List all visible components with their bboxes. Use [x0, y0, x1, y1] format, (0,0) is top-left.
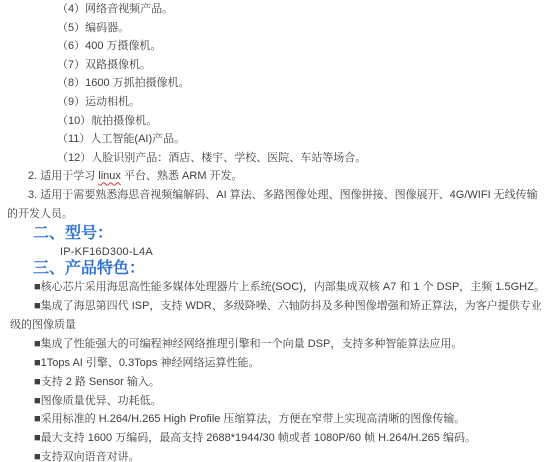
feature-item: ■集成了性能强大的可编程神经网络推理引擎和一个向量 DSP，支持多种智能算法应用… — [10, 335, 547, 354]
list-item: （5）编码器。 — [57, 19, 547, 38]
feature-item: ■支持双向语音对讲。 — [10, 448, 547, 462]
feature-list: ■核心芯片采用海思高性能多媒体处理器片上系统(SOC)，内部集成双核 A7 和 … — [0, 278, 547, 462]
list-item: （6）400 万摄像机。 — [57, 37, 547, 56]
feature-item: ■支持 2 路 Sensor 输入。 — [10, 373, 547, 392]
feature-item: ■采用标准的 H.264/H.265 High Profile 压缩算法，方便在… — [10, 410, 547, 429]
feature-item: ■图像质量优异、功耗低。 — [10, 392, 547, 411]
section-heading-model: 二、型号： — [33, 223, 547, 245]
note-prefix: 2. 适用于学习 — [28, 170, 98, 182]
model-number: IP-KF16D300-L4A — [60, 245, 547, 260]
note-suffix: 平台、熟悉 ARM 开发。 — [121, 170, 243, 182]
list-item: （7）双路摄像机。 — [57, 56, 547, 75]
list-item: （8）1600 万抓拍摄像机。 — [57, 74, 547, 93]
note-developers: 3. 适用于需要熟悉海思音视频编解码、AI 算法、多路图像处理、图像拼接、图像展… — [7, 186, 547, 223]
misspelled-word-linux: linux — [98, 170, 121, 182]
list-item: （11）人工智能(AI)产品。 — [57, 130, 547, 149]
feature-item: ■核心芯片采用海思高性能多媒体处理器片上系统(SOC)，内部集成双核 A7 和 … — [10, 278, 547, 297]
section-heading-features: 三、产品特色： — [33, 260, 547, 278]
list-item: （10）航拍摄像机。 — [57, 112, 547, 131]
product-document: （4）网络音视频产品。 （5）编码器。 （6）400 万摄像机。 （7）双路摄像… — [0, 0, 547, 462]
feature-item: ■集成了海思第四代 ISP，支持 WDR、多级降噪、六轴防抖及多种图像增强和矫正… — [10, 297, 547, 335]
feature-item: ■1Tops AI 引擎、0.3Tops 神经网络运算性能。 — [10, 354, 547, 373]
note-linux-arm: 2. 适用于学习 linux 平台、熟悉 ARM 开发。 — [7, 167, 547, 186]
list-item: （12）人脸识别产品：酒店、楼宇、学校、医院、车站等场合。 — [57, 149, 547, 168]
list-item: （4）网络音视频产品。 — [57, 0, 547, 19]
list-item: （9）运动相机。 — [57, 93, 547, 112]
application-list: （4）网络音视频产品。 （5）编码器。 （6）400 万摄像机。 （7）双路摄像… — [0, 0, 547, 167]
feature-item: ■最大支持 1600 万编码，最高支持 2688*1944/30 帧或者 108… — [10, 429, 547, 448]
